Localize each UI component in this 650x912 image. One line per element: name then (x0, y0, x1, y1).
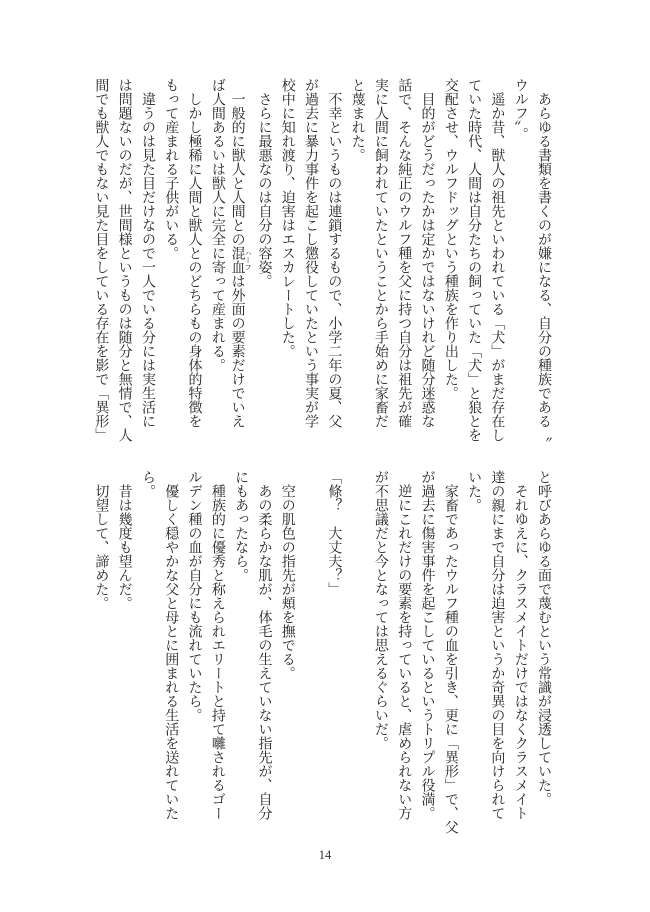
text-column: と蔑まれた。 (345, 78, 368, 446)
ruby-base-text: 混血 (230, 246, 245, 274)
text-block-bottom: と呼びあらゆる面で蔑むという常識が浸透していた。 それゆえに、クラスメイトだけで… (89, 470, 555, 838)
text-column: しかし極稀に人間と獣人とのどちらもの身体的特徴を (182, 78, 205, 446)
text-column: 交配させ、ウルフドッグという種族を作り出した。 (439, 78, 462, 446)
dialogue-line: 「條？ 大丈夫？」 (322, 470, 345, 838)
text-column: ていた時代、人間は自分たちの飼っていた「犬」と狼とを (462, 78, 485, 446)
text-column: 切望して、諦めた。 (89, 470, 112, 838)
text-column: 不幸というものは連鎖するもので、小学二年の夏、父 (322, 78, 345, 446)
text-column: 空の肌色の指先が頬を撫でる。 (275, 470, 298, 838)
text-column: 達の親にまで自分は迫害というか奇異の目を向けられて (485, 470, 508, 838)
page-number: 14 (0, 848, 650, 863)
text-column: が過去に傷害事件を起こしているというトリプル役満。 (415, 470, 438, 838)
text-column: あの柔らかな肌が、体毛の生えていない指先が、自分 (252, 470, 275, 838)
text-column: それゆえに、クラスメイトだけではなくクラスメイト (508, 470, 531, 838)
text-column: にもあったなら。 (229, 470, 252, 838)
text-column: 家畜であったウルフ種の血を引き、更に「異形」で、父 (439, 470, 462, 838)
novel-page: あらゆる書類を書くのが嫌になる、自分の種族である〝 ウルフ〟。 遥か昔、獣人の祖… (0, 0, 650, 912)
text-column-with-furigana: 一般的に獣人と人間との混血ハーフは外面の要素だけでいえ (229, 78, 252, 446)
text-column: 実に人間に飼われていたということから手始めに家畜だ (369, 78, 392, 446)
text-column: ルデン種の血が自分にも流れていたら。 (182, 470, 205, 838)
text-column: ウルフ〟。 (508, 78, 531, 446)
text-column: もって産まれる子供がいる。 (159, 78, 182, 446)
text-column: ら。 (136, 470, 159, 838)
text-column: 目的がどうだったかは定かではないけれど随分迷惑な (415, 78, 438, 446)
text-column: 遥か昔、獣人の祖先といわれている「犬」がまだ存在し (485, 78, 508, 446)
text-column: あらゆる書類を書くのが嫌になる、自分の種族である〝 (532, 78, 555, 446)
text-column: 優しく穏やかな父と母とに囲まれる生活を送れていた (159, 470, 182, 838)
text-column: と呼びあらゆる面で蔑むという常識が浸透していた。 (532, 470, 555, 838)
text-column: 逆にこれだけの要素を持っていると、虐められない方 (392, 470, 415, 838)
text-column: が不思議だと今となっては思えるぐらいだ。 (369, 470, 392, 838)
text-column: 間でも獣人でもない見た目をしている存在を影で「異形」 (89, 78, 112, 446)
furigana-annotation: 混血ハーフ (230, 246, 245, 274)
ruby-after-text: は外面の要素だけでいえ (230, 274, 245, 428)
text-column: は問題ないのだが、世間様というものは随分と無情で、人 (112, 78, 135, 446)
ruby-text: ハーフ (244, 246, 252, 274)
text-column: さらに最悪なのは自分の容姿。 (252, 78, 275, 446)
text-column: 話で、そんな純正のウルフ種を父に持つ自分は祖先が確 (392, 78, 415, 446)
blank-column (345, 470, 368, 838)
text-column: 種族的に優秀と称えられエリートと持て囃されるゴー (206, 470, 229, 838)
text-column: いた。 (462, 470, 485, 838)
ruby-before-text: 一般的に獣人と人間との (230, 78, 245, 246)
text-column: が過去に暴力事件を起こし懲役していたという事実が学 (299, 78, 322, 446)
text-block-top: あらゆる書類を書くのが嫌になる、自分の種族である〝 ウルフ〟。 遥か昔、獣人の祖… (89, 78, 555, 446)
text-column: 校中に知れ渡り、迫害はエスカレートした。 (275, 78, 298, 446)
text-column: 昔は幾度も望んだ。 (112, 470, 135, 838)
text-column: 違うのは見た目だけなので一人でいる分には実生活に (136, 78, 159, 446)
blank-column (299, 470, 322, 838)
